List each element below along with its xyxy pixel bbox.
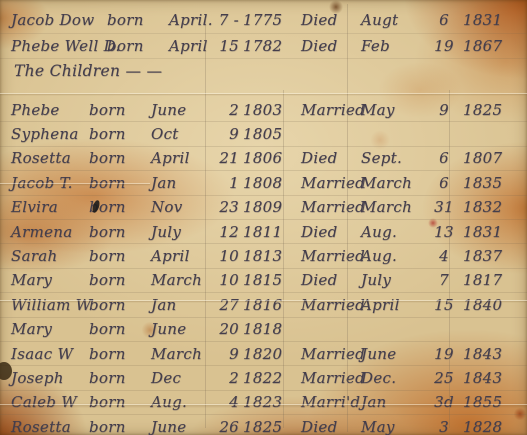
birth-year: 1822 <box>243 369 301 387</box>
birth-year: 1813 <box>243 247 301 265</box>
record-row: William W born Jan 27 1816 Married April… <box>0 293 527 317</box>
event-year: 1855 <box>463 393 527 411</box>
birth-year: 1820 <box>243 345 301 363</box>
born-label: born <box>89 247 129 265</box>
birth-day: 4 <box>209 393 243 411</box>
birth-day: 23 <box>209 198 243 216</box>
event-month: Dec. <box>361 369 425 387</box>
event-year: 1867 <box>463 37 527 55</box>
event-label: Marri'd <box>301 393 361 411</box>
birth-day: 2 <box>209 101 243 119</box>
birth-year: 1782 <box>243 37 301 55</box>
event-year: 1832 <box>463 198 527 216</box>
born-label: born <box>89 320 129 338</box>
event-day: 7 <box>425 271 463 289</box>
event-day: 31 <box>425 198 463 216</box>
event-year: 1843 <box>463 369 527 387</box>
event-day: 6 <box>425 174 463 192</box>
person-name: Caleb W <box>11 393 89 411</box>
birth-day: 27 <box>209 296 243 314</box>
birth-month: Aug. <box>129 393 209 411</box>
children-section-heading: The Children — — <box>0 62 527 86</box>
fold-crease <box>0 404 527 405</box>
born-label: born <box>89 345 129 363</box>
birth-year: 1775 <box>243 11 301 29</box>
person-name: Elvira <box>11 198 89 216</box>
event-day: 3 <box>425 418 463 435</box>
born-label: born <box>89 369 129 387</box>
event-month: May <box>361 418 425 435</box>
event-label: Married <box>301 345 361 363</box>
born-label: born <box>89 271 129 289</box>
fold-crease <box>0 300 527 301</box>
birth-year: 1808 <box>243 174 301 192</box>
event-month: Aug. <box>361 223 425 241</box>
person-name: Armena <box>11 223 89 241</box>
event-day: 6 <box>425 11 463 29</box>
event-day: 25 <box>425 369 463 387</box>
event-label: Died <box>301 223 361 241</box>
event-label: Married <box>301 296 361 314</box>
event-label: Married <box>301 174 361 192</box>
birth-month: April. <box>147 11 207 29</box>
birth-month: April <box>129 247 209 265</box>
event-month: Jan <box>361 393 425 411</box>
column-rule <box>205 18 206 428</box>
event-month: June <box>361 345 425 363</box>
event-year: 1831 <box>463 11 527 29</box>
birth-day: 10 <box>209 247 243 265</box>
birth-year: 1825 <box>243 418 301 435</box>
birth-year: 1806 <box>243 149 301 167</box>
event-day: 19 <box>425 345 463 363</box>
birth-month: Oct <box>129 125 209 143</box>
event-year: 1837 <box>463 247 527 265</box>
event-label: Died <box>301 271 361 289</box>
column-rule <box>283 90 284 428</box>
event-month: Feb <box>361 37 425 55</box>
event-day: 13 <box>425 223 463 241</box>
person-name: Jacob Dow <box>11 11 107 29</box>
event-day: 15 <box>425 296 463 314</box>
birth-year: 1823 <box>243 393 301 411</box>
event-day: 6 <box>425 149 463 167</box>
event-month: March <box>361 174 425 192</box>
record-row: Armena born July 12 1811 Died Aug. 13 18… <box>0 220 527 244</box>
event-label: Married <box>301 198 361 216</box>
children-rows: Phebe born June 2 1803 Married May 9 182… <box>0 98 527 435</box>
person-name: Syphena <box>11 125 89 143</box>
birth-month: June <box>129 101 209 119</box>
person-name: Phebe Well D. <box>11 37 107 55</box>
birth-year: 1803 <box>243 101 301 119</box>
record-row: Rosetta born June 26 1825 Died May 3 182… <box>0 415 527 435</box>
birth-month: April <box>147 37 207 55</box>
born-label: born <box>89 101 129 119</box>
birth-day: 26 <box>209 418 243 435</box>
born-label: born <box>89 125 129 143</box>
birth-day: 7 - <box>207 11 243 29</box>
birth-month: March <box>129 271 209 289</box>
birth-year: 1805 <box>243 125 301 143</box>
birth-day: 9 <box>209 125 243 143</box>
record-row: Mary born June 20 1818 <box>0 318 527 342</box>
person-name: Mary <box>11 320 89 338</box>
birth-month: June <box>129 320 209 338</box>
birth-month: June <box>129 418 209 435</box>
birth-day: 21 <box>209 149 243 167</box>
event-month: May <box>361 101 425 119</box>
born-label: born <box>107 11 147 29</box>
birth-day: 2 <box>209 369 243 387</box>
event-year: 1843 <box>463 345 527 363</box>
event-label: Died <box>301 11 361 29</box>
event-year: 1807 <box>463 149 527 167</box>
born-label: born <box>89 418 129 435</box>
parents-rows: Jacob Dow born April. 7 - 1775 Died Augt… <box>0 0 527 59</box>
birth-year: 1816 <box>243 296 301 314</box>
birth-month: July <box>129 223 209 241</box>
person-name: Rosetta <box>11 418 89 435</box>
birth-month: Nov <box>129 198 209 216</box>
birth-day: 1 <box>209 174 243 192</box>
event-label: Died <box>301 418 361 435</box>
birth-month: Dec <box>129 369 209 387</box>
record-row: Mary born March 10 1815 Died July 7 1817 <box>0 269 527 293</box>
record-row: Phebe Well D. born April 15 1782 Died Fe… <box>0 34 527 60</box>
born-label: born <box>89 393 129 411</box>
record-row: Isaac W born March 9 1820 Married June 1… <box>0 342 527 366</box>
record-row: Caleb W born Aug. 4 1823 Marri'd Jan 3d … <box>0 391 527 415</box>
record-row: Elvira born Nov 23 1809 Married March 31… <box>0 196 527 220</box>
family-record-page: Jacob Dow born April. 7 - 1775 Died Augt… <box>0 0 527 435</box>
event-day: 19 <box>425 37 463 55</box>
person-name: William W <box>11 296 89 314</box>
event-label: Married <box>301 369 361 387</box>
birth-day: 10 <box>209 271 243 289</box>
person-name: Mary <box>11 271 89 289</box>
birth-day: 20 <box>209 320 243 338</box>
person-name: Rosetta <box>11 149 89 167</box>
event-label: Died <box>301 37 361 55</box>
column-rule <box>347 4 348 432</box>
birth-day: 9 <box>209 345 243 363</box>
born-label: born <box>89 223 129 241</box>
event-month: Sept. <box>361 149 425 167</box>
event-year: 1840 <box>463 296 527 314</box>
born-label: born <box>89 296 129 314</box>
birth-day: 15 <box>207 37 243 55</box>
event-month: March <box>361 198 425 216</box>
event-label: Married <box>301 247 361 265</box>
event-year: 1828 <box>463 418 527 435</box>
person-name: Joseph <box>11 369 89 387</box>
record-row: Sarah born April 10 1813 Married Aug. 4 … <box>0 244 527 268</box>
event-month: April <box>361 296 425 314</box>
birth-month: Jan <box>129 296 209 314</box>
event-day: 9 <box>425 101 463 119</box>
birth-day: 12 <box>209 223 243 241</box>
event-year: 1831 <box>463 223 527 241</box>
person-name: Isaac W <box>11 345 89 363</box>
record-row: Joseph born Dec 2 1822 Married Dec. 25 1… <box>0 366 527 390</box>
event-label: Married <box>301 101 361 119</box>
birth-month: March <box>129 345 209 363</box>
event-label: Died <box>301 149 361 167</box>
birth-year: 1818 <box>243 320 301 338</box>
born-label: born <box>89 149 129 167</box>
record-row: Rosetta born April 21 1806 Died Sept. 6 … <box>0 147 527 171</box>
birth-year: 1809 <box>243 198 301 216</box>
event-year: 1825 <box>463 101 527 119</box>
event-day: 4 <box>425 247 463 265</box>
fold-crease <box>0 183 150 184</box>
birth-year: 1811 <box>243 223 301 241</box>
event-year: 1817 <box>463 271 527 289</box>
event-day: 3d <box>425 393 463 411</box>
person-name: Sarah <box>11 247 89 265</box>
fold-crease <box>0 93 527 94</box>
event-year: 1835 <box>463 174 527 192</box>
born-label: born <box>107 37 147 55</box>
record-row: Syphena born Oct 9 1805 <box>0 122 527 146</box>
person-name: Phebe <box>11 101 89 119</box>
record-row: Jacob Dow born April. 7 - 1775 Died Augt… <box>0 8 527 34</box>
event-month: Aug. <box>361 247 425 265</box>
record-row: Phebe born June 2 1803 Married May 9 182… <box>0 98 527 122</box>
event-month: July <box>361 271 425 289</box>
column-rule <box>449 90 450 428</box>
birth-year: 1815 <box>243 271 301 289</box>
event-month: Augt <box>361 11 425 29</box>
birth-month: April <box>129 149 209 167</box>
